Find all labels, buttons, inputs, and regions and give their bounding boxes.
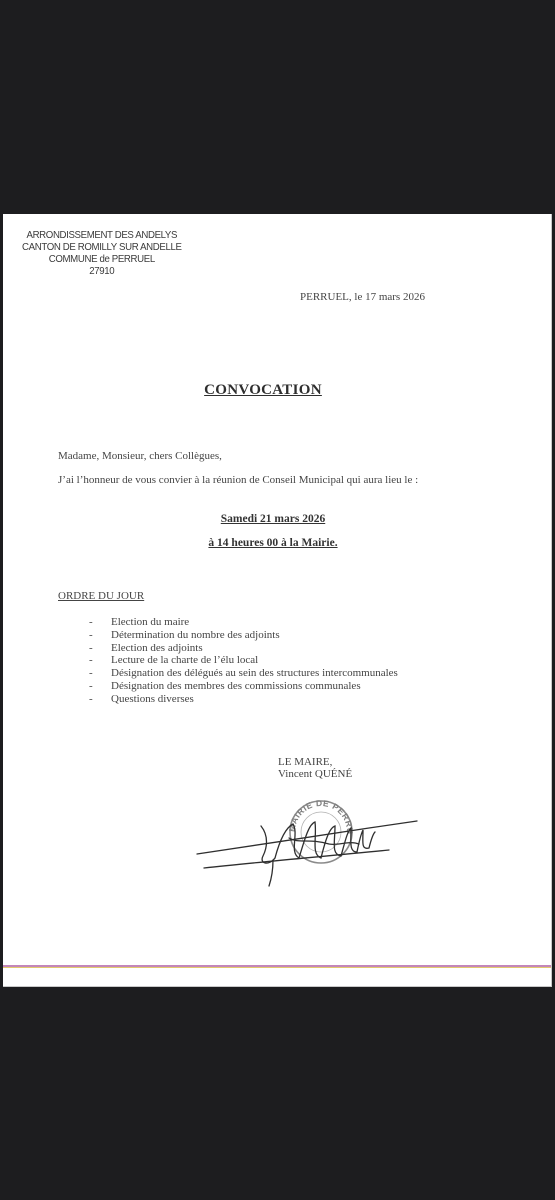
letterhead-line: COMMUNE de PERRUEL bbox=[19, 253, 185, 265]
agenda-item-label: Election des adjoints bbox=[111, 642, 203, 654]
bullet-dash: - bbox=[89, 693, 93, 706]
bullet-dash: - bbox=[89, 654, 93, 667]
agenda-item: -Election du maire bbox=[89, 616, 398, 629]
letterhead-line: CANTON DE ROMILLY SUR ANDELLE bbox=[19, 241, 185, 253]
document-title: CONVOCATION bbox=[3, 382, 523, 399]
bullet-dash: - bbox=[89, 616, 93, 629]
agenda-item-label: Questions diverses bbox=[111, 693, 194, 705]
meeting-time-place: à 14 heures 00 à la Mairie. bbox=[3, 537, 543, 549]
agenda-item: -Questions diverses bbox=[89, 693, 398, 706]
bullet-dash: - bbox=[89, 667, 93, 680]
intro-text: J’ai l’honneur de vous convier à la réun… bbox=[58, 474, 418, 486]
agenda-item-label: Détermination du nombre des adjoints bbox=[111, 629, 280, 641]
agenda-item: -Désignation des membres des commissions… bbox=[89, 680, 398, 693]
agenda-item-label: Désignation des délégués au sein des str… bbox=[111, 667, 398, 679]
agenda-list: -Election du maire -Détermination du nom… bbox=[89, 616, 398, 706]
agenda-item-label: Désignation des membres des commissions … bbox=[111, 680, 361, 692]
document-page: ARRONDISSEMENT DES ANDELYS CANTON DE ROM… bbox=[3, 214, 552, 987]
footer-divider bbox=[3, 965, 551, 968]
agenda-item-label: Lecture de la charte de l’élu local bbox=[111, 654, 258, 666]
letterhead-line: ARRONDISSEMENT DES ANDELYS bbox=[19, 229, 185, 241]
letterhead: ARRONDISSEMENT DES ANDELYS CANTON DE ROM… bbox=[19, 229, 185, 277]
svg-text:MAIRIE DE PERRUEL: MAIRIE DE PERRUEL bbox=[189, 788, 355, 835]
agenda-title: ORDRE DU JOUR bbox=[58, 590, 144, 602]
signer-name: Vincent QUÉNÉ bbox=[278, 768, 352, 780]
bullet-dash: - bbox=[89, 642, 93, 655]
bullet-dash: - bbox=[89, 629, 93, 642]
agenda-item: -Election des adjoints bbox=[89, 642, 398, 655]
agenda-item: -Détermination du nombre des adjoints bbox=[89, 629, 398, 642]
place-date: PERRUEL, le 17 mars 2026 bbox=[300, 291, 425, 303]
letterhead-line: 27910 bbox=[19, 265, 185, 277]
meeting-date: Samedi 21 mars 2026 bbox=[3, 513, 543, 525]
salutation: Madame, Monsieur, chers Collègues, bbox=[58, 450, 222, 462]
agenda-item: -Désignation des délégués au sein des st… bbox=[89, 667, 398, 680]
agenda-item: -Lecture de la charte de l’élu local bbox=[89, 654, 398, 667]
signature-stamp-icon: MAIRIE DE PERRUEL bbox=[189, 788, 429, 888]
signer-title: LE MAIRE, bbox=[278, 756, 332, 769]
bullet-dash: - bbox=[89, 680, 93, 693]
agenda-item-label: Election du maire bbox=[111, 616, 189, 628]
